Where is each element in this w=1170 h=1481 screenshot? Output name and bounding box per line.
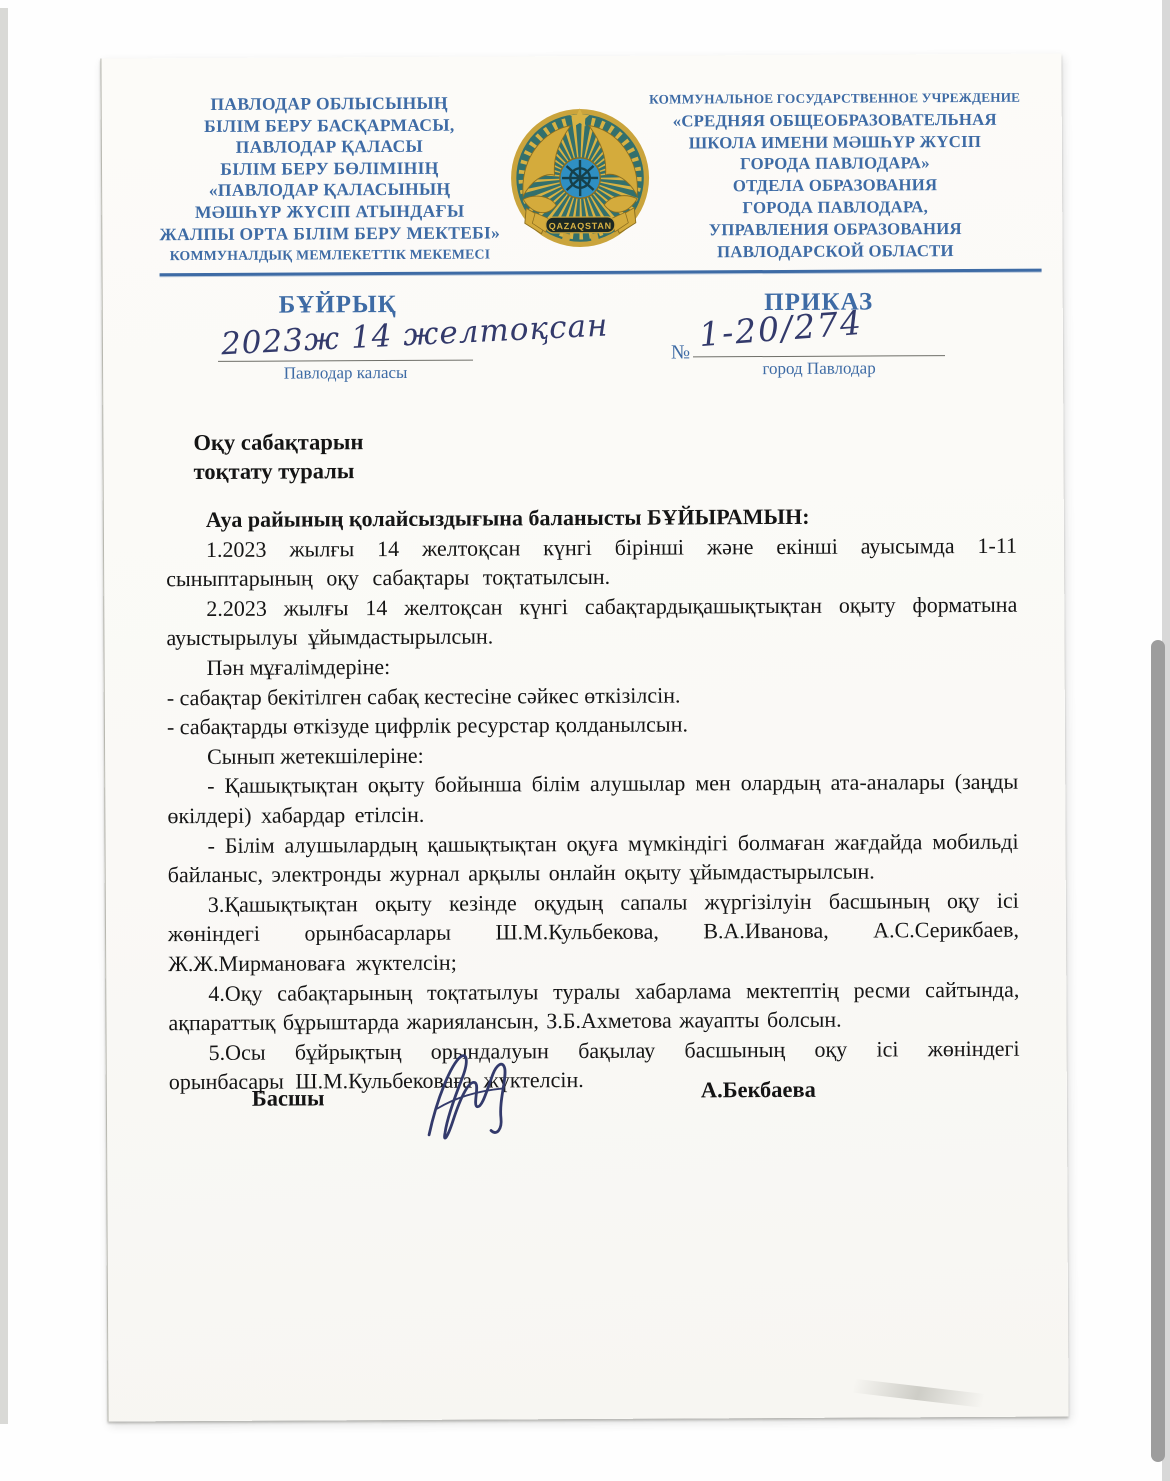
org-line: БІЛІМ БЕРУ БАСҚАРМАСЫ, (157, 114, 502, 137)
org-line: БІЛІМ БЕРУ БӨЛІМІНІҢ (157, 157, 502, 180)
order-paragraph: 1.2023 жылғы 14 желтоқсан күнгі бірінші … (166, 530, 1017, 594)
paper-fold-shadow (853, 1379, 984, 1408)
header-divider (160, 269, 1042, 277)
order-paragraph: - сабақтарды өткізуде цифрлік ресурстар … (167, 708, 1018, 742)
date-underline (218, 360, 473, 362)
org-line: ПАВЛОДАР ОБЛЫСЫНЫҢ (157, 92, 502, 115)
scrollbar-thumb[interactable] (1151, 640, 1165, 1462)
subject-line: тоқтату туралы (194, 456, 364, 486)
number-underline (693, 355, 945, 357)
place-label-kazakh: Павлодар каласы (218, 363, 473, 384)
photo-edge-strip (0, 8, 8, 1424)
org-line: ПАВЛОДАР ҚАЛАСЫ (157, 136, 502, 159)
org-line: ЖАЛПЫ ОРТА БІЛІМ БЕРУ МЕКТЕБІ» (157, 222, 502, 245)
org-line: ГОРОДА ПАВЛОДАРА, (635, 196, 1035, 220)
order-paragraph: Пән мұғалімдеріне: (167, 649, 1018, 683)
org-line: УПРАВЛЕНИЯ ОБРАЗОВАНИЯ (635, 217, 1035, 241)
org-line: МӘШҺҮР ЖҮСІП АТЫНДАҒЫ (157, 200, 502, 223)
order-subject: Оқу сабақтарын тоқтату туралы (193, 427, 363, 486)
photo-background: { "letterhead": { "accent_color": "#3e6b… (0, 0, 1170, 1481)
order-paragraph: 2.2023 жылғы 14 желтоқсан күнгі сабақтар… (166, 590, 1017, 654)
order-intro: Ауа райының қолайсыздығына баланысты БҰЙ… (166, 501, 1017, 535)
place-label-russian: город Павлодар (693, 358, 945, 379)
subject-line: Оқу сабақтарын (193, 427, 363, 457)
org-line: ГОРОДА ПАВЛОДАРА» (635, 152, 1035, 176)
org-line: ОТДЕЛА ОБРАЗОВАНИЯ (635, 174, 1035, 198)
state-emblem-icon: QAZAQSTAN (505, 106, 656, 257)
org-line: «ПАВЛОДАР ҚАЛАСЫНЫҢ (157, 179, 502, 202)
order-number-sign: № (671, 341, 690, 364)
signatory-role: Басшы (252, 1085, 325, 1111)
document-page: ПАВЛОДАР ОБЛЫСЫНЫҢ БІЛІМ БЕРУ БАСҚАРМАСЫ… (100, 53, 1068, 1421)
org-line: КОММУНАЛДЫҚ МЕМЛЕКЕТТІК МЕКЕМЕСІ (157, 244, 502, 267)
org-name-russian: КОММУНАЛЬНОЕ ГОСУДАРСТВЕННОЕ УЧРЕЖДЕНИЕ … (635, 87, 1036, 263)
order-paragraph: - сабақтар бекітілген сабақ кестесіне сә… (167, 678, 1018, 712)
org-line: «СРЕДНЯЯ ОБЩЕОБРАЗОВАТЕЛЬНАЯ (635, 108, 1035, 132)
org-line: ШКОЛА ИМЕНИ МӘШҺҮР ЖҮСІП (635, 130, 1035, 154)
order-paragraph: - Қашықтықтан оқыту бойынша білім алушыл… (167, 767, 1018, 831)
order-paragraph: - Білім алушылардың қашықтықтан оқуға мү… (167, 826, 1018, 890)
org-line: ПАВЛОДАРСКОЙ ОБЛАСТИ (635, 239, 1035, 263)
signature-scribble (407, 1038, 538, 1159)
org-line: КОММУНАЛЬНОЕ ГОСУДАРСТВЕННОЕ УЧРЕЖДЕНИЕ (635, 87, 1035, 111)
order-paragraph: Сынып жетекшілеріне: (167, 737, 1018, 771)
order-body: Ауа райының қолайсыздығына баланысты БҰЙ… (166, 501, 1020, 1097)
signatory-name: А.Бекбаева (701, 1077, 816, 1104)
order-paragraph: 4.Оқу сабақтарының тоқтатылуы туралы хаб… (168, 974, 1019, 1038)
order-paragraph: 3.Қашықтықтан оқыту кезінде оқудың сапал… (168, 885, 1019, 978)
org-name-kazakh: ПАВЛОДАР ОБЛЫСЫНЫҢ БІЛІМ БЕРУ БАСҚАРМАСЫ… (157, 92, 503, 267)
emblem-banner-text: QAZAQSTAN (549, 221, 612, 231)
